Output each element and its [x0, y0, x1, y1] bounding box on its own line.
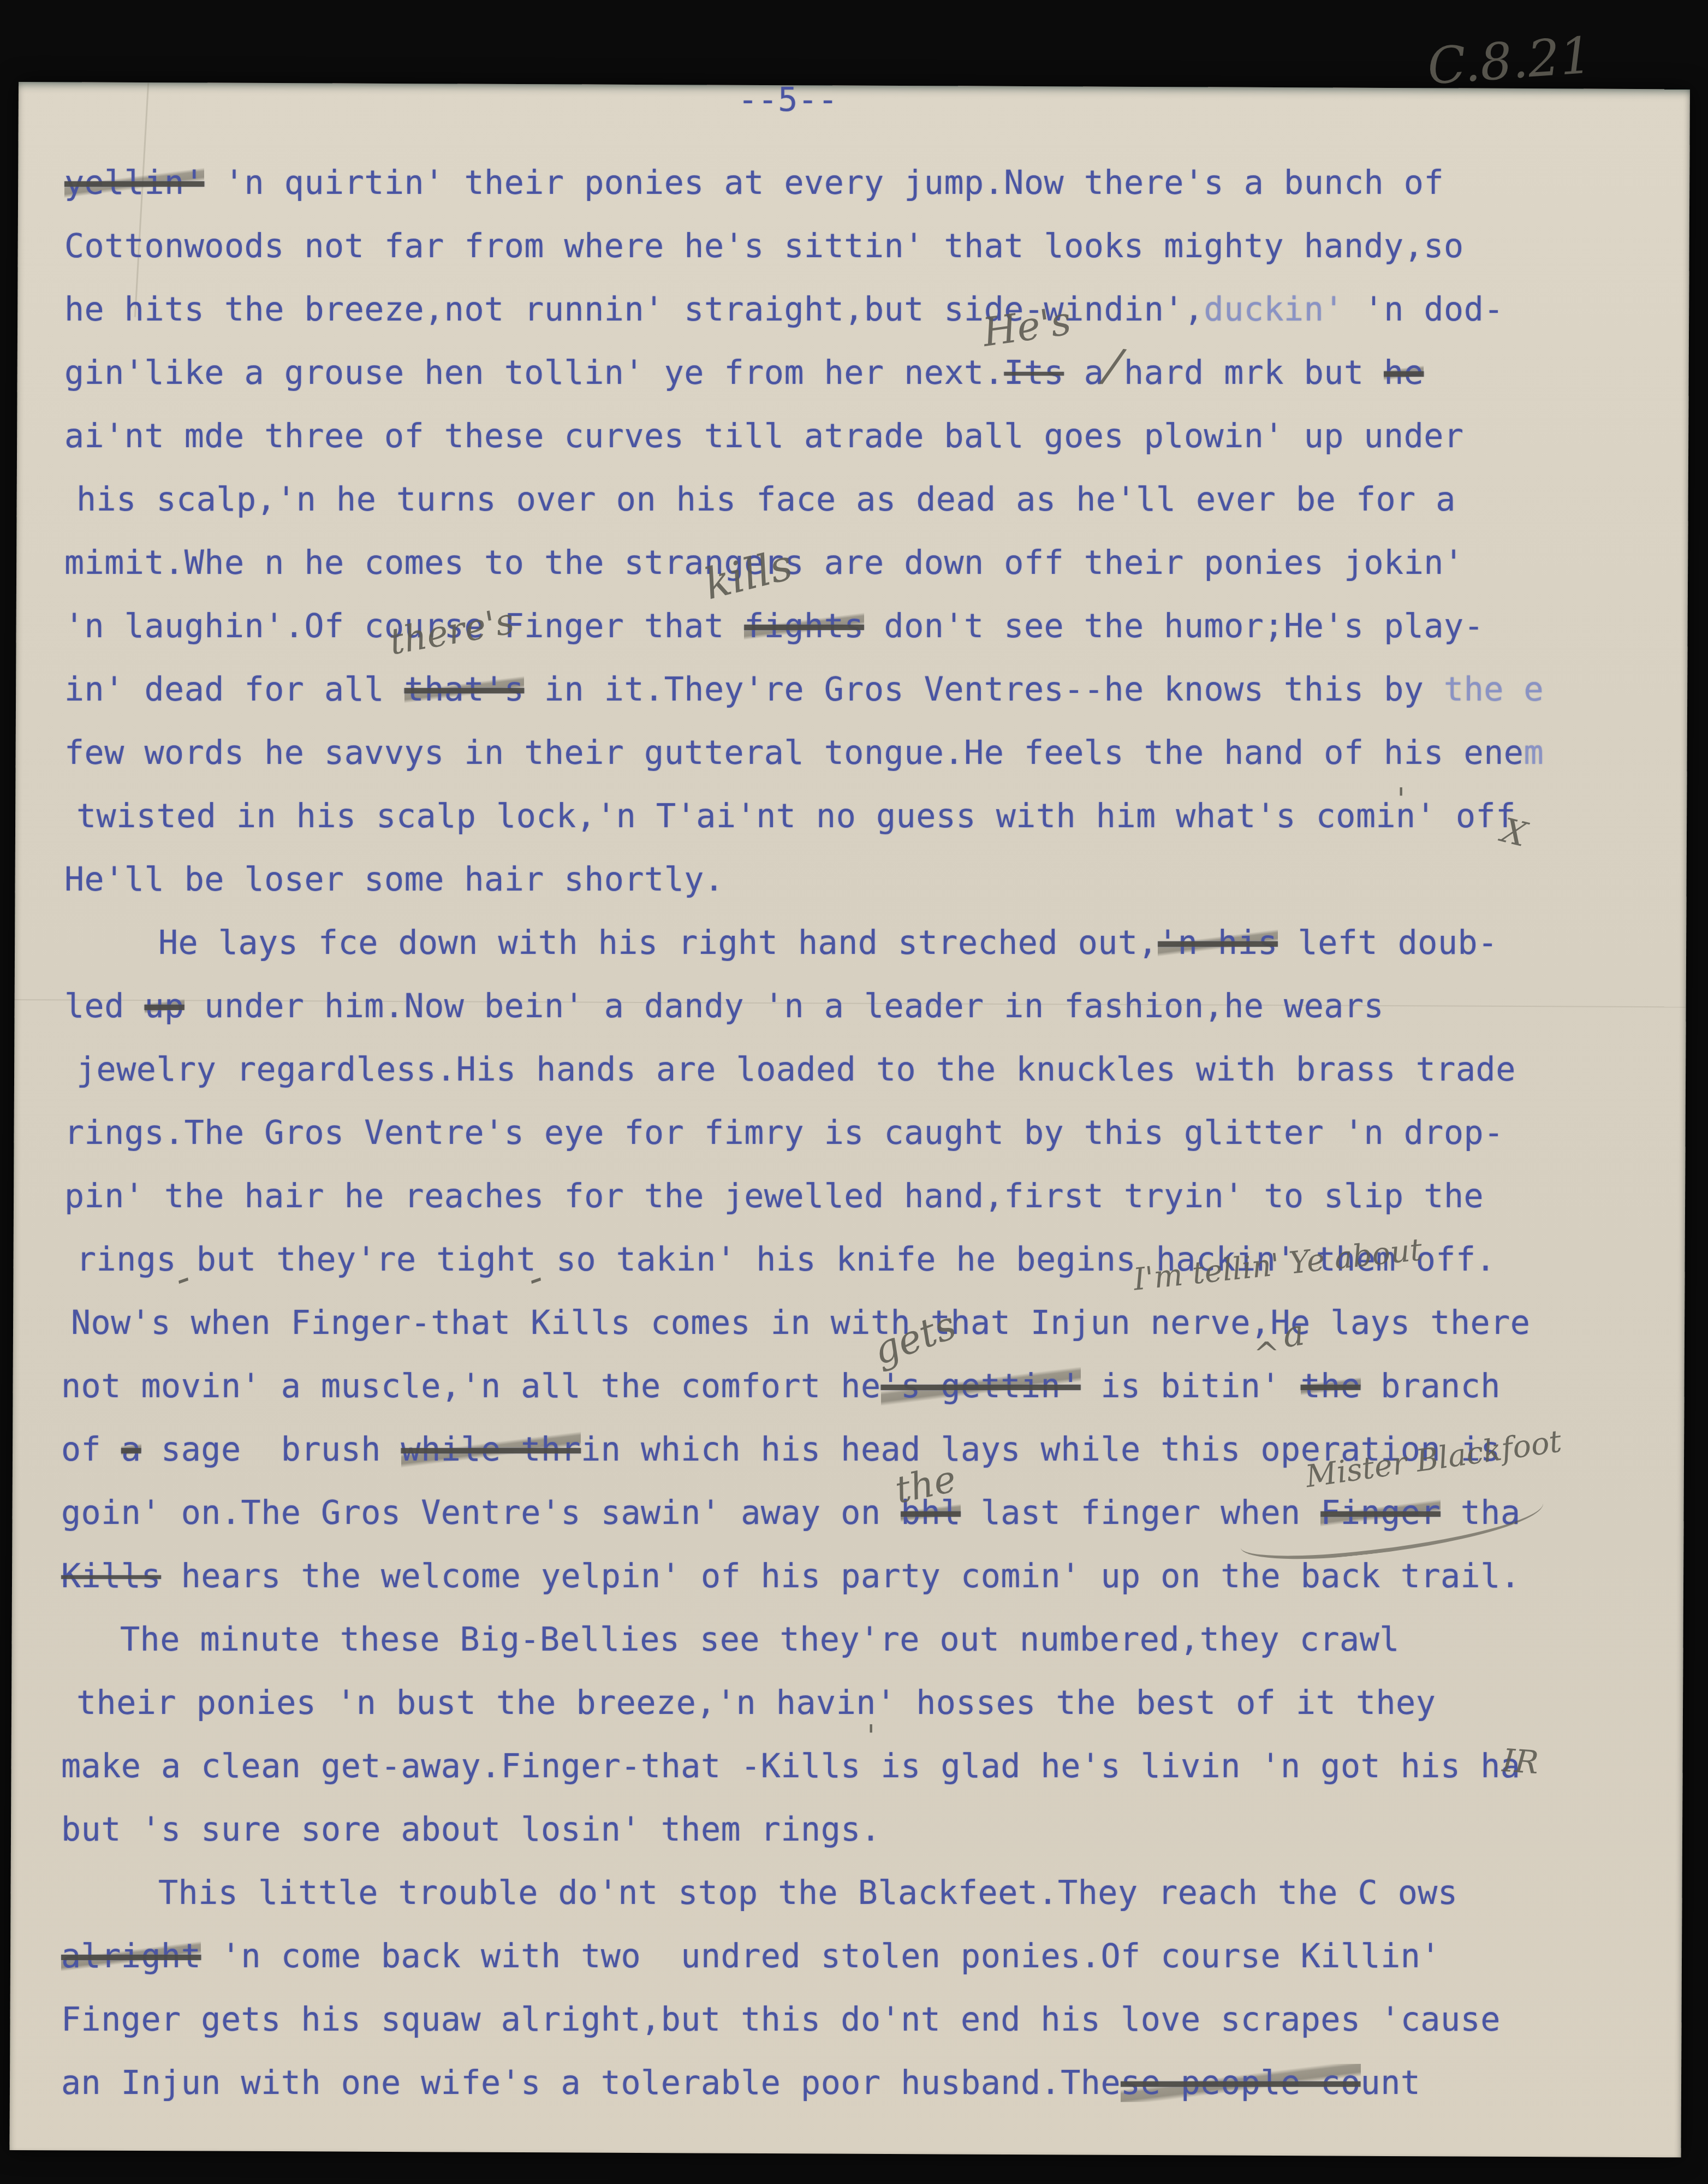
typed-text: He'll be loser some hair shortly.: [64, 860, 724, 899]
typed-line-31: an Injun with one wife's a tolerable poo…: [61, 2064, 1420, 2102]
typed-line-20: not movin' a muscle,'n all the comfort h…: [61, 1367, 1501, 1405]
typed-line-23: Kills hears the welcome yelpin' of his p…: [61, 1557, 1521, 1595]
typed-line-25: their ponies 'n bust the breeze,'n havin…: [76, 1684, 1436, 1722]
handwritten-added-apostrophe-comin: ': [1397, 782, 1405, 817]
typed-text: sage brush: [141, 1431, 401, 1469]
typed-text: is bitin': [1081, 1367, 1301, 1405]
typed-text: branch: [1361, 1367, 1501, 1405]
pencil-struck-text: that's: [404, 670, 525, 709]
typed-line-26: make a clean get-away.Finger-that -Kills…: [61, 1747, 1520, 1785]
typed-text: pin' the hair he reaches for the jewelle…: [64, 1177, 1484, 1215]
typed-text: not movin' a muscle,'n all the comfort h…: [61, 1367, 881, 1405]
typed-text: twisted in his scalp lock,'n T'ai'nt no …: [76, 797, 1516, 835]
typed-line-5: ai'nt mde three of these curves till atr…: [64, 417, 1464, 455]
scanned-document-page: --5-- yellin' 'n quirtin' their ponies a…: [0, 0, 1708, 2184]
typed-line-21: of a sage brush while thrin which his he…: [61, 1431, 1501, 1469]
typed-line-10: few words he savvys in their gutteral to…: [64, 734, 1544, 772]
typed-text: don't see the humor;He's play-: [864, 607, 1484, 645]
typed-text: 'n quirtin' their ponies at every jump.N…: [204, 164, 1444, 202]
typed-text: ai'nt mde three of these curves till atr…: [64, 417, 1464, 455]
typed-line-27: but 's sure sore about losin' them rings…: [61, 1811, 881, 1849]
typed-line-9: in' dead for all that's in it.They're Gr…: [64, 670, 1544, 709]
page-number: --5--: [738, 81, 838, 119]
pencil-struck-text: up: [145, 987, 185, 1025]
typed-text: his scalp,'n he turns over on his face a…: [76, 480, 1456, 519]
typed-text: in it.They're Gros Ventres--he knows thi…: [524, 670, 1444, 709]
typed-text: 'n dod-: [1344, 290, 1504, 329]
pencil-struck-text: Kills: [61, 1557, 161, 1595]
pencil-struck-text: 's gettin': [881, 1367, 1081, 1405]
typed-text: of: [61, 1431, 121, 1469]
pencil-struck-text: se people co: [1121, 2064, 1360, 2102]
typed-line-2: Cottonwoods not far from where he's sitt…: [64, 227, 1464, 265]
typed-text-faint: m: [1523, 734, 1544, 772]
typed-line-1: yellin' 'n quirtin' their ponies at ever…: [64, 164, 1444, 202]
typed-text: in' dead for all: [64, 670, 404, 709]
handwritten-insert-caret: ^: [1253, 1336, 1280, 1373]
handwritten-corner-note: C.8.21: [1426, 26, 1594, 96]
typed-text: This little trouble do'nt stop the Black…: [158, 1874, 1458, 1912]
typed-text: The minute these Big-Bellies see they're…: [120, 1621, 1400, 1659]
pencil-struck-text: the: [1301, 1367, 1361, 1405]
typed-text-faint: duckin': [1204, 290, 1344, 329]
typed-text: Finger gets his squaw alright,but this d…: [61, 2001, 1501, 2039]
typed-line-8: 'n laughin'.Of course Finger that fights…: [64, 607, 1484, 645]
typed-text: hears the welcome yelpin' of his party c…: [161, 1557, 1520, 1595]
typed-text: He lays fce down with his right hand str…: [158, 924, 1158, 962]
typed-line-29: alright 'n come back with two undred sto…: [61, 1937, 1441, 1975]
typed-line-6: his scalp,'n he turns over on his face a…: [76, 480, 1456, 519]
typed-line-16: rings.The Gros Ventre's eye for fimry is…: [64, 1114, 1504, 1152]
typed-line-12: He'll be loser some hair shortly.: [64, 860, 724, 899]
typed-text: unt: [1361, 2064, 1421, 2102]
typed-text: their ponies 'n bust the breeze,'n havin…: [76, 1684, 1436, 1722]
typed-text: few words he savvys in their gutteral to…: [64, 734, 1523, 772]
typed-line-28: This little trouble do'nt stop the Black…: [158, 1874, 1458, 1912]
typed-text: under him.Now bein' a dandy 'n a leader …: [185, 987, 1384, 1025]
pencil-struck-text: he: [1384, 354, 1424, 392]
typed-line-14: led up under him.Now bein' a dandy 'n a …: [64, 987, 1384, 1025]
typed-text-faint: the e: [1444, 670, 1544, 709]
typed-text: rings.The Gros Ventre's eye for fimry is…: [64, 1114, 1504, 1152]
pencil-struck-text: yellin': [64, 164, 204, 202]
typed-text: led: [64, 987, 145, 1025]
typed-text: goin' on.The Gros Ventre's sawin' away o…: [61, 1494, 901, 1532]
typed-text: jewelry regardless.His hands are loaded …: [76, 1051, 1516, 1089]
typed-line-24: The minute these Big-Bellies see they're…: [120, 1621, 1400, 1659]
pencil-struck-text: a: [121, 1431, 141, 1469]
pencil-struck-text: Its: [1004, 354, 1064, 392]
typed-line-3: he hits the breeze,not runnin' straight,…: [64, 290, 1504, 329]
pencil-struck-text: while thr: [401, 1431, 581, 1469]
typed-text: make a clean get-away.Finger-that -Kills…: [61, 1747, 1520, 1785]
typed-line-11: twisted in his scalp lock,'n T'ai'nt no …: [76, 797, 1516, 835]
typed-line-17: pin' the hair he reaches for the jewelle…: [64, 1177, 1484, 1215]
typed-line-19: Now's when Finger-that Kills comes in wi…: [71, 1304, 1530, 1342]
typed-text: left doub-: [1278, 924, 1498, 962]
pencil-struck-text: alright: [61, 1937, 201, 1975]
typed-line-4: gin'like a grouse hen tollin' ye from he…: [64, 354, 1424, 392]
typed-line-30: Finger gets his squaw alright,but this d…: [61, 2001, 1501, 2039]
handwritten-insert-ir: IR: [1501, 1742, 1540, 1781]
typed-line-15: jewelry regardless.His hands are loaded …: [76, 1051, 1516, 1089]
typed-text: but 's sure sore about losin' them rings…: [61, 1811, 881, 1849]
typed-text: 'n come back with two undred stolen poni…: [201, 1937, 1441, 1975]
typed-text: an Injun with one wife's a tolerable poo…: [61, 2064, 1121, 2102]
typed-text: gin'like a grouse hen tollin' ye from he…: [64, 354, 1004, 392]
typed-text: Cottonwoods not far from where he's sitt…: [64, 227, 1464, 265]
handwritten-added-apostrophe-is: ': [867, 1719, 875, 1754]
pencil-struck-text: fights: [744, 607, 864, 645]
pencil-struck-text: 'n his: [1158, 924, 1278, 962]
typed-line-13: He lays fce down with his right hand str…: [158, 924, 1498, 962]
typed-text: Now's when Finger-that Kills comes in wi…: [71, 1304, 1530, 1342]
